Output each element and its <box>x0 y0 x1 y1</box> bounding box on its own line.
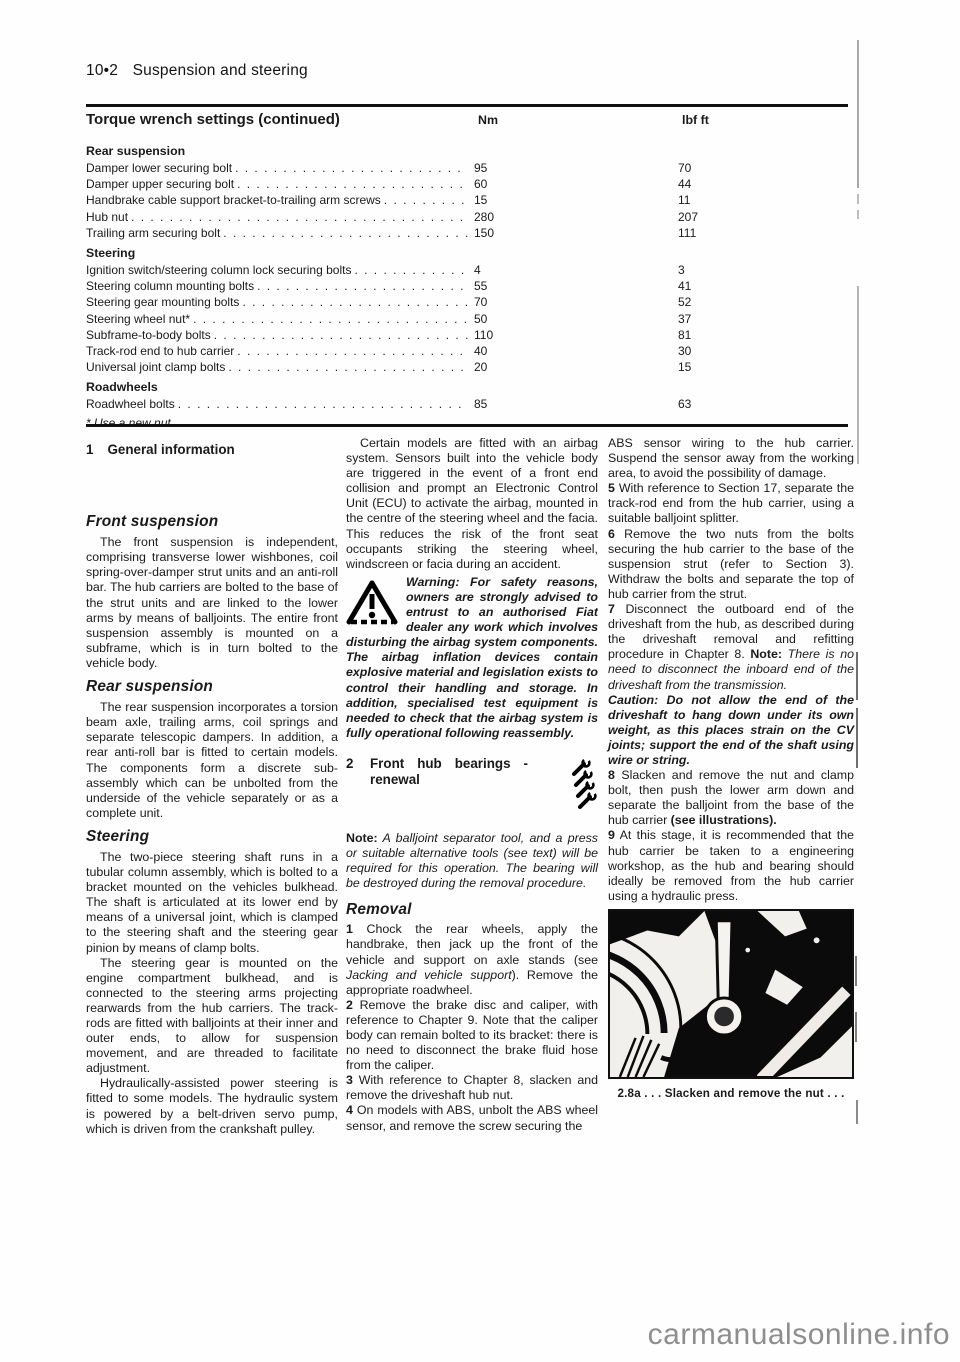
lbf-value: 30 <box>678 343 848 359</box>
note-label: Note: <box>750 647 782 661</box>
table-row: Ignition switch/steering column lock sec… <box>86 262 848 278</box>
table-row: Handbrake cable support bracket-to-trail… <box>86 192 848 208</box>
step-1: 1 Chock the rear wheels, apply the handb… <box>346 922 598 997</box>
scan-artifact <box>856 652 858 700</box>
step-4: 4 On models with ABS, unbolt the ABS whe… <box>346 1103 598 1133</box>
nm-value: 60 <box>474 176 678 192</box>
table-row: Track-rod end to hub carrier4030 <box>86 343 848 359</box>
scan-artifact <box>857 194 859 204</box>
lbf-value: 70 <box>678 160 848 176</box>
nm-value: 40 <box>474 343 678 359</box>
row-label: Damper lower securing bolt <box>86 160 232 176</box>
dot-leader <box>242 294 468 310</box>
see-illustrations: (see illustrations). <box>671 813 777 827</box>
scan-artifact <box>855 956 857 986</box>
column-header-nm: Nm <box>478 113 498 127</box>
scan-artifact <box>857 210 859 219</box>
step-text: With reference to Chapter 8, slacken and… <box>346 1073 598 1102</box>
group-heading: Rear suspension <box>86 143 848 159</box>
note-label: Note: <box>346 831 378 845</box>
step-number: 6 <box>608 527 615 541</box>
step-number: 5 <box>608 481 615 495</box>
table-row: Subframe-to-body bolts11081 <box>86 327 848 343</box>
table-row: Roadwheel bolts8563 <box>86 396 848 412</box>
step-text: Remove the two nuts from the bolts secur… <box>608 527 854 601</box>
row-label: Ignition switch/steering column lock sec… <box>86 262 351 278</box>
table-title: Torque wrench settings (continued) <box>86 111 340 128</box>
table-row: Steering column mounting bolts5541 <box>86 278 848 294</box>
table-bottom-divider <box>86 424 848 427</box>
lbf-value: 63 <box>678 396 848 412</box>
dot-leader <box>223 225 468 241</box>
continuation-paragraph: ABS sensor wiring to the hub carrier. Su… <box>608 436 854 481</box>
nm-value: 20 <box>474 359 678 375</box>
nm-value: 4 <box>474 262 678 278</box>
scan-artifact <box>856 1100 858 1124</box>
section-number: 1 <box>86 442 93 457</box>
dot-leader <box>384 192 468 208</box>
dot-leader <box>228 359 468 375</box>
steering-paragraph-2: The steering gear is mounted on the engi… <box>86 956 338 1077</box>
dot-leader <box>214 327 468 343</box>
lbf-value: 11 <box>678 192 848 208</box>
step-text-italic: Jacking and vehicle support <box>346 968 512 982</box>
note-paragraph: Note: A balljoint separator tool, and a … <box>346 831 598 891</box>
table-group-steering: Steering Ignition switch/steering column… <box>86 245 848 375</box>
table-footnote: * Use a new nut <box>86 416 848 430</box>
table-row: Damper upper securing bolt6044 <box>86 176 848 192</box>
torque-settings-table: Torque wrench settings (continued) Nm lb… <box>86 111 848 430</box>
photo-caption: 2.8a . . . Slacken and remove the nut . … <box>608 1086 854 1101</box>
table-row: Universal joint clamp bolts2015 <box>86 359 848 375</box>
row-label: Steering column mounting bolts <box>86 278 254 294</box>
nm-value: 55 <box>474 278 678 294</box>
top-divider <box>86 104 848 107</box>
dot-leader <box>193 311 468 327</box>
rear-suspension-paragraph: The rear suspension incorporates a torsi… <box>86 700 338 821</box>
row-label: Handbrake cable support bracket-to-trail… <box>86 192 381 208</box>
watermark: carmanualsonline.info <box>648 1318 950 1352</box>
dot-leader <box>237 343 468 359</box>
step-5: 5 With reference to Section 17, separate… <box>608 481 854 526</box>
row-label: Hub nut <box>86 209 128 225</box>
front-suspension-paragraph: The front suspension is independent, com… <box>86 535 338 671</box>
lbf-value: 81 <box>678 327 848 343</box>
step-text: On models with ABS, unbolt the ABS wheel… <box>346 1103 598 1132</box>
section-title: Front hub bearings - renewal <box>370 756 528 789</box>
row-label: Steering wheel nut* <box>86 311 190 327</box>
manual-page: 10•2 Suspension and steering Torque wren… <box>0 0 960 1362</box>
row-label: Steering gear mounting bolts <box>86 294 239 310</box>
nm-value: 70 <box>474 294 678 310</box>
step-8: 8 Slacken and remove the nut and clamp b… <box>608 768 854 828</box>
step-number: 7 <box>608 602 615 616</box>
dot-leader <box>257 278 468 294</box>
difficulty-spanner-icon <box>568 756 598 812</box>
removal-heading: Removal <box>346 902 598 917</box>
lbf-value: 111 <box>678 225 848 241</box>
row-label: Subframe-to-body bolts <box>86 327 211 343</box>
step-text: At this stage, it is recommended that th… <box>608 828 854 902</box>
step-text: Remove the brake disc and caliper, with … <box>346 998 598 1072</box>
step-number: 2 <box>346 998 353 1012</box>
table-row: Trailing arm securing bolt150111 <box>86 225 848 241</box>
row-label: Trailing arm securing bolt <box>86 225 220 241</box>
table-row: Hub nut280207 <box>86 209 848 225</box>
nm-value: 280 <box>474 209 678 225</box>
table-group-rear-suspension: Rear suspension Damper lower securing bo… <box>86 143 848 241</box>
step-text: Chock the rear wheels, apply the handbra… <box>346 922 598 966</box>
group-heading: Roadwheels <box>86 379 848 395</box>
rear-suspension-heading: Rear suspension <box>86 679 338 694</box>
dot-leader <box>354 262 468 278</box>
lbf-value: 207 <box>678 209 848 225</box>
section-heading-2: 2 Front hub bearings - renewal <box>346 756 598 812</box>
warning-triangle-icon <box>346 579 398 627</box>
column-header-lbf: lbf ft <box>682 113 709 127</box>
page-header: 10•2 Suspension and steering <box>86 62 308 80</box>
scan-artifact <box>855 1012 857 1042</box>
column-2: Certain models are fitted with an airbag… <box>346 436 598 1134</box>
step-number: 8 <box>608 768 615 782</box>
column-3: ABS sensor wiring to the hub carrier. Su… <box>608 436 854 1101</box>
table-title-row: Torque wrench settings (continued) Nm lb… <box>86 111 848 139</box>
group-heading: Steering <box>86 245 848 261</box>
nm-value: 85 <box>474 396 678 412</box>
row-label: Roadwheel bolts <box>86 396 175 412</box>
chapter-title: Suspension and steering <box>133 62 308 79</box>
lbf-value: 52 <box>678 294 848 310</box>
column-1: 1General information Front suspension Th… <box>86 436 338 1137</box>
warning-box: Warning: For safety reasons, owners are … <box>346 575 598 741</box>
step-7: 7 Disconnect the outboard end of the dri… <box>608 602 854 693</box>
step-number: 3 <box>346 1073 353 1087</box>
step-number: 9 <box>608 828 615 842</box>
row-label: Damper upper securing bolt <box>86 176 234 192</box>
section-number: 2 <box>346 756 370 771</box>
scan-artifact <box>857 40 859 188</box>
photo-2-8a: 2.8a . . . Slacken and remove the nut . … <box>608 909 854 1101</box>
row-label: Universal joint clamp bolts <box>86 359 225 375</box>
steering-paragraph-3: Hydraulically-assisted power steering is… <box>86 1076 338 1136</box>
row-label: Track-rod end to hub carrier <box>86 343 234 359</box>
scan-artifact <box>856 708 858 768</box>
step-6: 6 Remove the two nuts from the bolts sec… <box>608 527 854 602</box>
step-2: 2 Remove the brake disc and caliper, wit… <box>346 998 598 1073</box>
scan-artifact <box>857 286 859 464</box>
caution-paragraph: Caution: Do not allow the end of the dri… <box>608 693 854 768</box>
table-row: Steering wheel nut*5037 <box>86 311 848 327</box>
step-number: 1 <box>346 922 353 936</box>
nm-value: 15 <box>474 192 678 208</box>
nm-value: 50 <box>474 311 678 327</box>
airbag-paragraph: Certain models are fitted with an airbag… <box>346 436 598 572</box>
table-row: Damper lower securing bolt9570 <box>86 160 848 176</box>
dot-leader <box>131 209 468 225</box>
steering-paragraph-1: The two-piece steering shaft runs in a t… <box>86 850 338 956</box>
table-row: Steering gear mounting bolts7052 <box>86 294 848 310</box>
step-number: 4 <box>346 1103 353 1117</box>
dot-leader <box>237 176 468 192</box>
nm-value: 95 <box>474 160 678 176</box>
lbf-value: 3 <box>678 262 848 278</box>
section-heading-1: 1General information <box>86 442 338 457</box>
page-number: 10•2 <box>86 62 118 79</box>
lbf-value: 41 <box>678 278 848 294</box>
nm-value: 110 <box>474 327 678 343</box>
dot-leader <box>235 160 468 176</box>
note-text: A balljoint separator tool, and a press … <box>346 831 598 890</box>
dot-leader <box>178 396 468 412</box>
front-suspension-heading: Front suspension <box>86 514 338 529</box>
step-text: With reference to Section 17, separate t… <box>608 481 854 525</box>
photo-image <box>608 909 854 1079</box>
lbf-value: 37 <box>678 311 848 327</box>
step-9: 9 At this stage, it is recommended that … <box>608 828 854 903</box>
steering-heading: Steering <box>86 829 338 844</box>
section-title: General information <box>107 442 234 457</box>
table-group-roadwheels: Roadwheels Roadwheel bolts8563 <box>86 379 848 412</box>
nm-value: 150 <box>474 225 678 241</box>
step-3: 3 With reference to Chapter 8, slacken a… <box>346 1073 598 1103</box>
lbf-value: 15 <box>678 359 848 375</box>
lbf-value: 44 <box>678 176 848 192</box>
